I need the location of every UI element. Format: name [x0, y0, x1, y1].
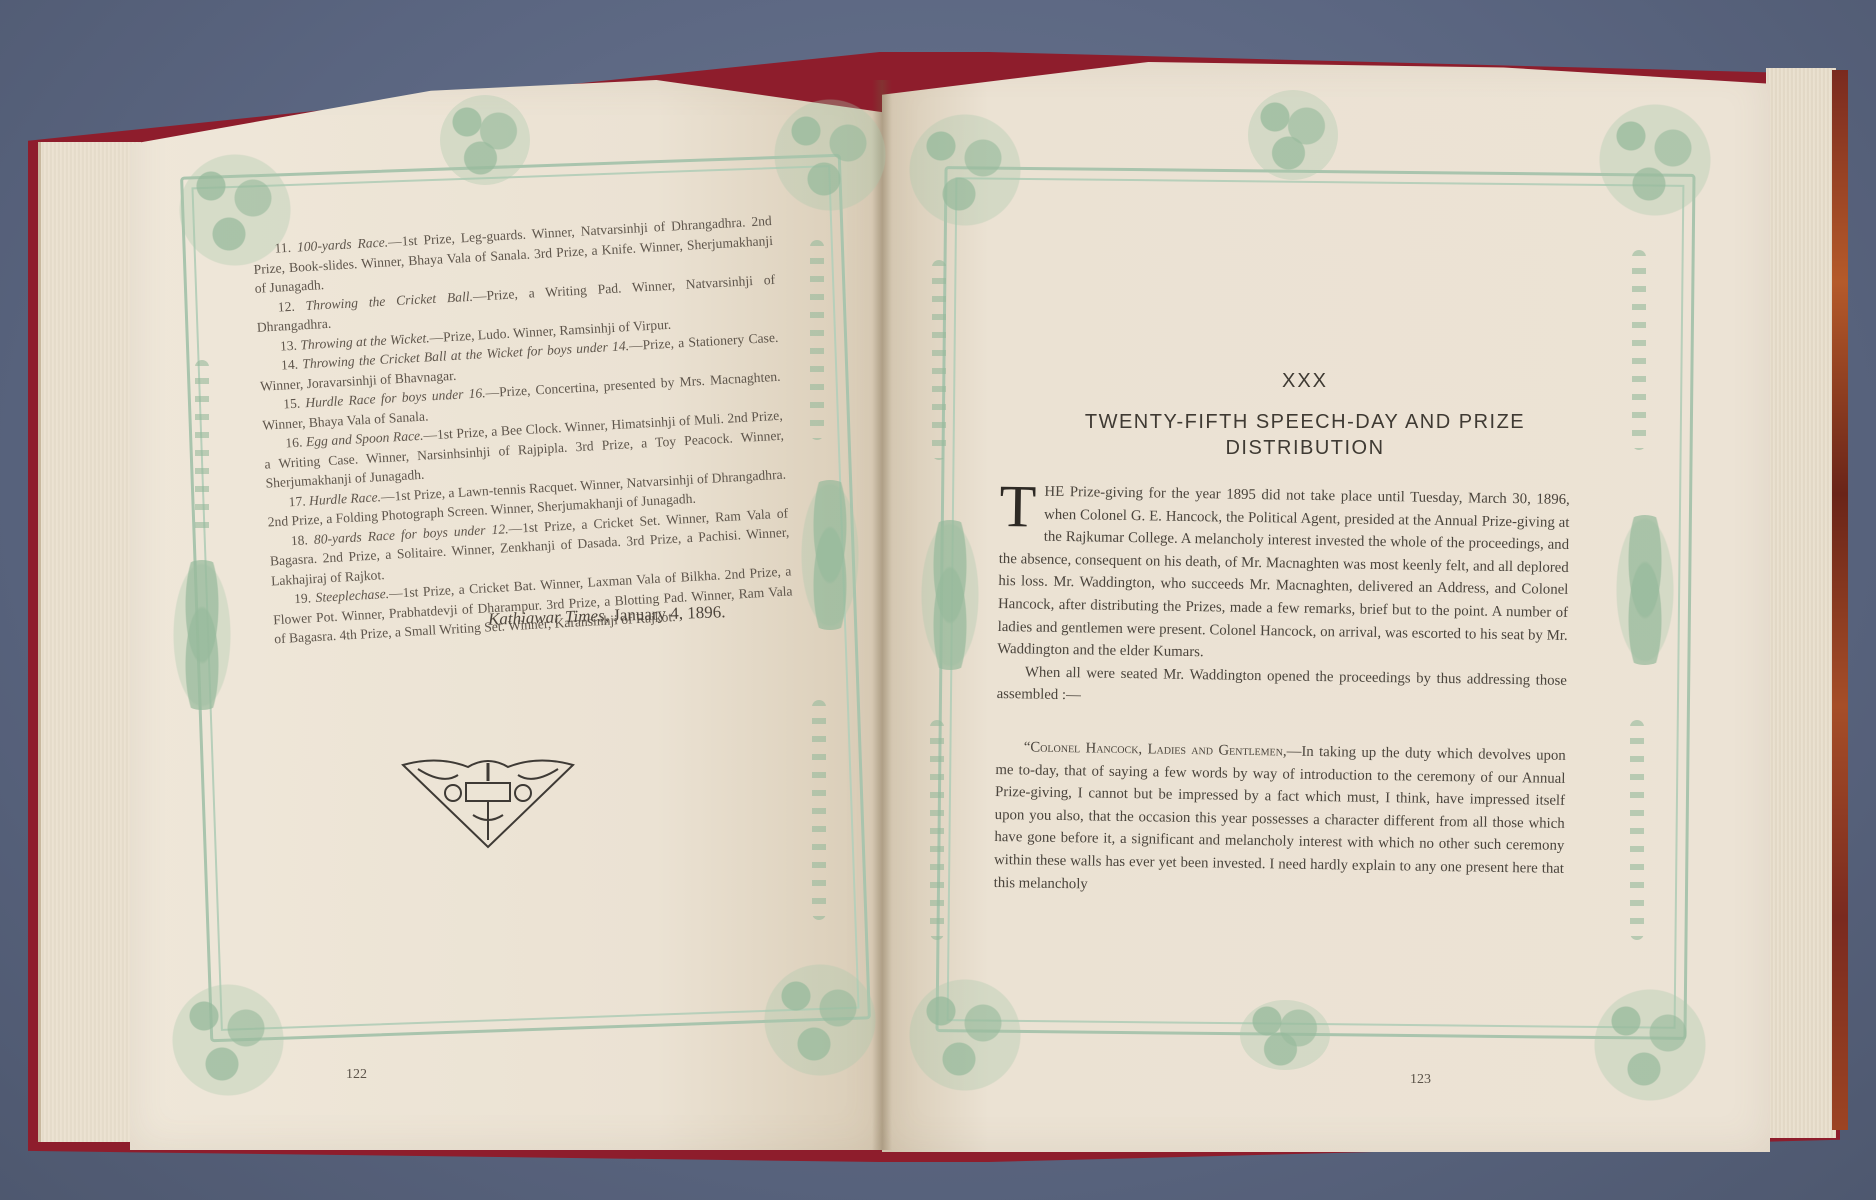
- vignette-ornament-icon: [398, 755, 578, 850]
- publication-name: Kathiawar Times,: [488, 606, 609, 629]
- marbled-edge: [1832, 70, 1848, 1130]
- vine-ornament-icon: [1630, 720, 1644, 940]
- side-ornament-right-icon: [800, 480, 860, 630]
- corner-ornament-bottom-left-icon: [168, 980, 288, 1100]
- side-ornament-right-icon: [1615, 515, 1675, 665]
- top-center-ornament-icon: [1248, 90, 1338, 180]
- corner-ornament-bottom-right-icon: [760, 960, 880, 1080]
- corner-ornament-bottom-right-icon: [1590, 985, 1710, 1105]
- vine-ornament-icon: [1632, 250, 1646, 450]
- bottom-center-ornament-icon: [1240, 1000, 1330, 1070]
- page-number-left: 122: [346, 1067, 367, 1083]
- corner-ornament-top-left-icon: [905, 110, 1025, 230]
- address-salutation: “Colonel Hancock, Ladies and Gentlemen,: [1024, 739, 1287, 759]
- paragraph: THE Prize-giving for the year 1895 did n…: [997, 480, 1570, 670]
- vine-ornament-icon: [932, 260, 946, 460]
- book-gutter: [872, 80, 892, 1150]
- corner-ornament-top-right-icon: [1595, 100, 1715, 220]
- corner-ornament-top-right-icon: [770, 95, 890, 215]
- chapter-heading: XXX TWENTY-FIFTH SPEECH-DAY AND PRIZE DI…: [995, 370, 1575, 461]
- vine-ornament-icon: [810, 240, 824, 440]
- page-edges-left: [38, 142, 141, 1142]
- chapter-number: XXX: [1035, 370, 1575, 393]
- vine-ornament-icon: [195, 360, 209, 540]
- vine-ornament-icon: [930, 720, 944, 940]
- address-paragraph: “Colonel Hancock, Ladies and Gentlemen,—…: [993, 736, 1565, 903]
- paragraph: When all were seated Mr. Waddington open…: [996, 661, 1567, 715]
- chapter-body: THE Prize-giving for the year 1895 did n…: [993, 480, 1569, 903]
- side-ornament-left-icon: [920, 520, 980, 670]
- page-edges-right: [1766, 68, 1836, 1138]
- chapter-title: TWENTY-FIFTH SPEECH-DAY AND PRIZE DISTRI…: [1035, 409, 1575, 461]
- side-ornament-left-icon: [172, 560, 232, 710]
- top-center-ornament-icon: [440, 95, 530, 185]
- drop-cap: T: [999, 482, 1036, 531]
- page-number-right: 123: [1410, 1072, 1431, 1088]
- vine-ornament-icon: [812, 700, 826, 920]
- corner-ornament-bottom-left-icon: [905, 975, 1025, 1095]
- publication-date: January 4, 1896.: [613, 602, 726, 625]
- prize-list: 11. 100-yards Race.—1st Prize, Leg-guard…: [252, 211, 794, 649]
